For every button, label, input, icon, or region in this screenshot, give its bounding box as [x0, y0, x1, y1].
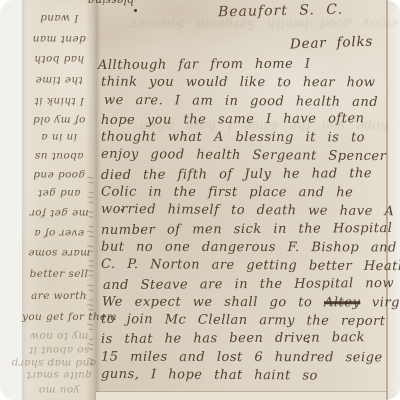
letter-line: Colic in the first place and he — [101, 185, 397, 204]
margin-fragment: had both — [22, 53, 96, 65]
margin-fragment: quite smart — [22, 369, 96, 381]
letter-photo: enjoy good health Sergeant Spencer hope … — [0, 0, 400, 400]
margin-fragment: I wand — [22, 12, 96, 24]
margin-fragment: good end — [22, 169, 96, 181]
letter-line: died the fifth of July he had the — [101, 166, 397, 186]
letter-line: thought what A blessing it is to — [101, 130, 397, 149]
letter-place-line: Beaufort S. C. — [218, 2, 343, 21]
letter-line: C. P. Norton are getting better Heathcut — [101, 257, 397, 278]
letter-line: enjoy good health Sergeant Spencer — [101, 147, 397, 168]
letter-line: guns, I hope that haint so — [101, 367, 397, 388]
fold-writing-marks: ıl ılı ıl ıılı ıl ılıı ıl ılı ıl ılı ıl — [86, 55, 95, 365]
letter-line: worried himself to death we have A — [101, 202, 397, 223]
letter-line-with-strikeout: We expect we shall go to Altey virginia — [102, 294, 397, 313]
margin-fragment: my to now — [22, 330, 96, 342]
letter-line: think you would like to hear how — [101, 75, 397, 94]
ink-speck — [134, 9, 137, 12]
letter-line: Allthough far from home I — [98, 56, 397, 76]
margin-fragment: so about it — [22, 344, 96, 356]
margin-writing: I wand dent man had both the time I thin… — [22, 0, 96, 400]
margin-fragment: and map sharp — [22, 357, 96, 369]
letter-line: number of men sick in the Hospital — [101, 221, 397, 241]
margin-fragment: are worth — [22, 290, 96, 302]
margin-fragment: in in a — [22, 131, 96, 143]
letter-line-pre: We expect we shall go to — [102, 294, 312, 310]
letter-line: we are. I am in good health and — [104, 92, 397, 113]
margin-fragment: I think it — [22, 95, 96, 107]
crossed-out-word: Altey — [324, 295, 360, 310]
letter-body: Allthough far from home I think you woul… — [101, 57, 397, 386]
margin-fragment: mare some — [22, 247, 96, 259]
letter-line: hope you the same I have often — [101, 111, 397, 131]
letter-line-post: virginia — [372, 295, 400, 310]
margin-fragment: me get for — [22, 207, 96, 219]
margin-fragment: the time — [22, 74, 96, 86]
margin-fragment: of my old — [22, 114, 96, 126]
margin-fragment: ever of a — [22, 227, 96, 239]
letter-salutation: Dear folks — [290, 34, 374, 53]
paper-bottom-band — [96, 392, 386, 400]
margin-fragment: dent man — [22, 33, 96, 45]
margin-fragment: you mo — [22, 384, 96, 396]
margin-fragment-top: blessing — [88, 0, 134, 7]
letter-line: is that he has been driven back — [101, 330, 397, 350]
margin-fragment: and get — [22, 187, 96, 199]
margin-fragment: about us — [22, 150, 96, 162]
margin-fragment: you get for them — [22, 311, 96, 323]
letter-line: but no one dangerous F. Bishop and — [101, 240, 397, 259]
letter-line: 15 miles and lost 6 hundred seige — [101, 349, 397, 368]
margin-fragment: better sell — [22, 268, 96, 280]
letter-line: and Steave are in the Hospital now — [103, 276, 397, 296]
